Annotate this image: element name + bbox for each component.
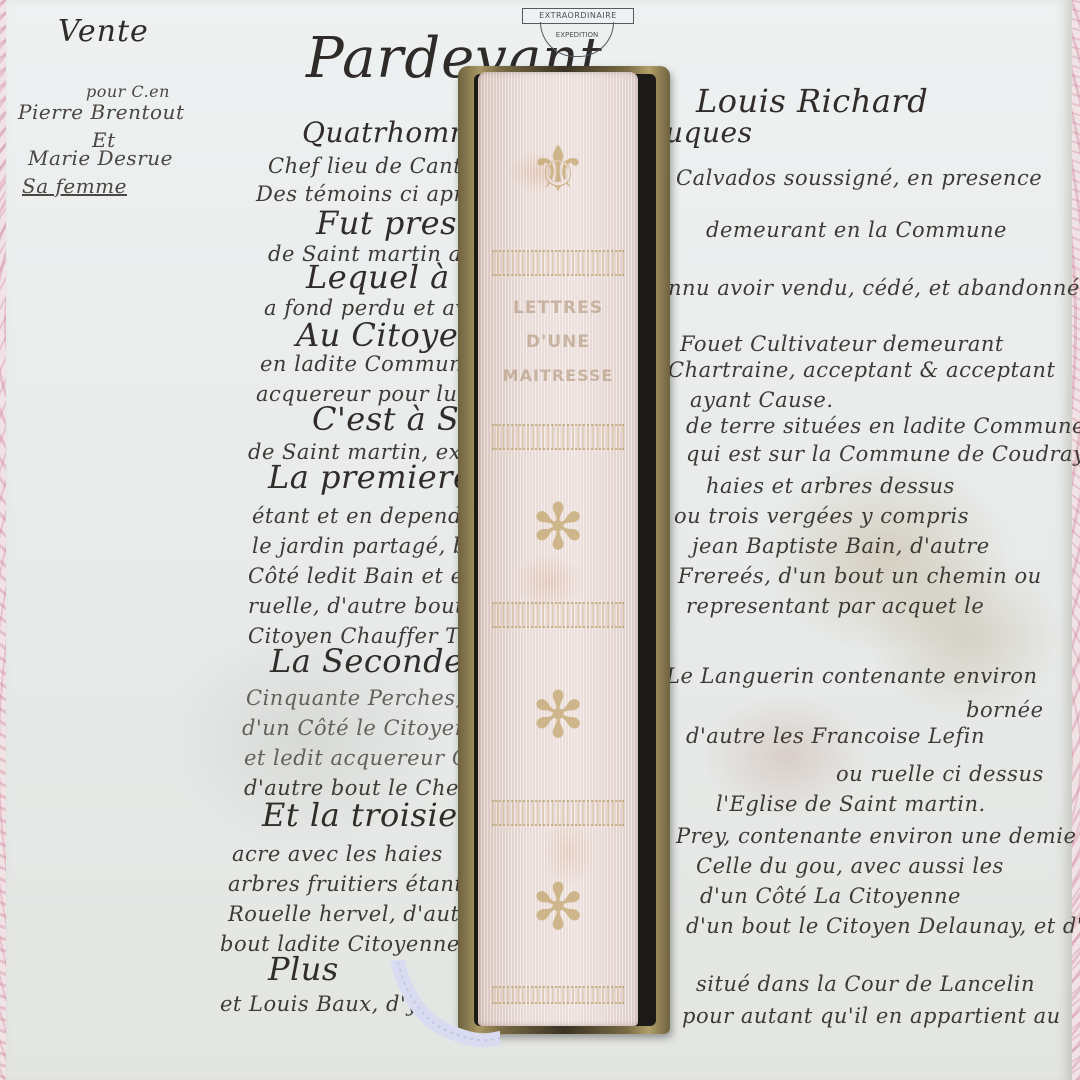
deed-line: Au Citoyen [296, 316, 479, 354]
deed-line: arbres fruitiers étant [228, 872, 463, 896]
deed-line: jean Baptiste Bain, d'autre [692, 534, 990, 558]
deed-line: Rouelle hervel, d'autre [228, 902, 483, 926]
gilt-band [492, 424, 624, 450]
deed-line: La Seconde [270, 642, 464, 680]
deed-line: bout ladite Citoyenne [220, 932, 460, 956]
deed-line: ou ruelle ci dessus [836, 762, 1044, 786]
deed-line: de terre situées en ladite Commune [686, 414, 1080, 438]
deed-line: La premiere [268, 458, 472, 496]
deed-line: Plus [268, 950, 339, 988]
margin-heading-vente: Vente [58, 14, 149, 49]
margin-line: Pierre Brentout [18, 100, 184, 124]
deed-line: Le Languerin contenante environ [666, 664, 1038, 688]
deed-line: Prey, contenante environ une demie [676, 824, 1076, 848]
deed-line: pour autant qu'il en appartient au [682, 1004, 1061, 1028]
deed-line: d'autre les Francoise Lefin [686, 724, 985, 748]
margin-line: Marie Desrue [28, 146, 173, 170]
tax-stamp: EXTRAORDINAIRE EXPEDITION [518, 2, 636, 60]
margin-line: pour C.en [86, 82, 170, 101]
deed-line: ayant Cause. [690, 388, 834, 412]
deed-line: ou trois vergées y compris [674, 504, 969, 528]
deed-line: d'un bout le Citoyen Delaunay, et d'autr… [686, 914, 1080, 938]
deed-line: d'un Côté le Citoyen D [242, 716, 493, 740]
deed-line: Fouet Cultivateur demeurant [680, 332, 1004, 356]
deed-line: representant par acquet le [686, 594, 984, 618]
deed-line: et Louis Baux, d'y [220, 992, 419, 1016]
deed-line: Calvados soussigné, en presence [676, 166, 1042, 190]
deed-line: acre avec les haies [232, 842, 443, 866]
margin-line: Sa femme [22, 174, 127, 198]
ribbon-bookmark [390, 960, 500, 1050]
spine-title-line-2: D'UNE [478, 332, 638, 352]
deed-line: d'un Côté La Citoyenne [700, 884, 961, 908]
notary-name: Louis Richard [696, 82, 928, 120]
deed-line: Des témoins ci après [256, 182, 488, 206]
gilt-band [492, 986, 624, 1004]
deed-line: Frereés, d'un bout un chemin ou [678, 564, 1042, 588]
deed-line: nnu avoir vendu, cédé, et abandonné [668, 276, 1080, 300]
deed-line: demeurant en la Commune [706, 218, 1007, 242]
stamp-shield-text: EXPEDITION [540, 22, 614, 57]
deed-line: haies et arbres dessus [706, 474, 955, 498]
deed-line: situé dans la Cour de Lancelin [696, 972, 1035, 996]
deed-line: Chartraine, acceptant & acceptant [668, 358, 1055, 382]
gilt-band [492, 602, 624, 628]
deed-line: Celle du gou, avec aussi les [696, 854, 1004, 878]
deed-line: qui est sur la Commune de Coudray. [686, 442, 1080, 466]
spine-title-line-3: MAITRESSE [478, 366, 638, 385]
deed-line: bornée [966, 698, 1044, 722]
gilt-band [492, 800, 624, 826]
spine-title-line-1: LETTRES [478, 298, 638, 318]
deed-line: le jardin partagé, bo [252, 534, 480, 558]
deed-line: l'Eglise de Saint martin. [716, 792, 986, 816]
book-spine: ⚜ LETTRES D'UNE MAITRESSE ✻ ✻ ✻ [478, 72, 638, 1026]
gilt-band [492, 250, 624, 276]
